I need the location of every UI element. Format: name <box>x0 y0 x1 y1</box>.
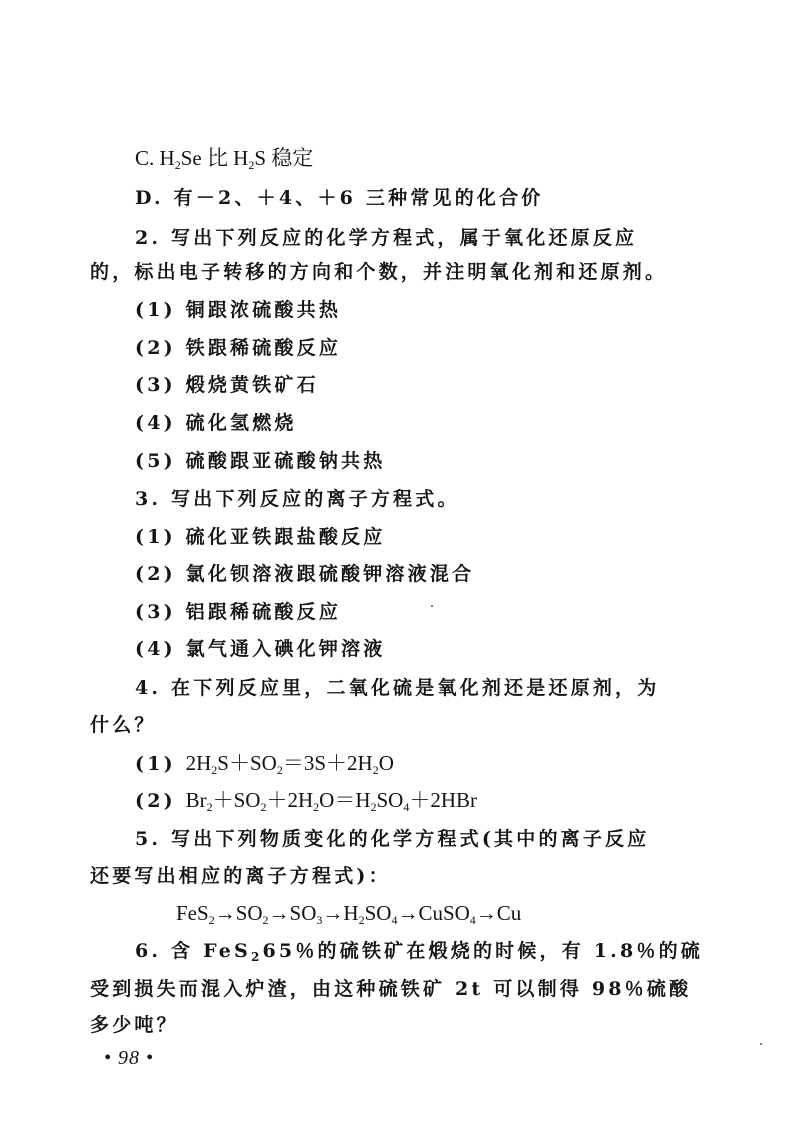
question-3-item-3: (3) 铝跟稀硫酸反应 <box>135 599 341 625</box>
question-2-item-3: (3) 煅烧黄铁矿石 <box>135 372 319 398</box>
item-label: (1) <box>135 753 186 775</box>
equation: 2H2S＋SO2＝3S＋2H2O <box>186 751 394 775</box>
question-3: 3. 写出下列反应的离子方程式。 <box>135 486 460 512</box>
question-5-line-1: 5. 写出下列物质变化的化学方程式(其中的离子反应 <box>135 826 649 852</box>
question-4-item-2: (2) Br2＋SO2＋2H2O＝H2SO4＋2HBr <box>135 787 477 814</box>
question-2-item-4: (4) 硫化氢燃烧 <box>135 410 297 436</box>
question-4-line-1: 4. 在下列反应里，二氧化硫是氧化剂还是还原剂，为 <box>135 675 659 701</box>
question-5-reaction-chain: FeS2→SO2→SO3→H2SO4→CuSO4→Cu <box>176 900 521 926</box>
question-2-item-2: (2) 铁跟稀硫酸反应 <box>135 335 341 361</box>
question-6-line-3: 多少吨？ <box>90 1012 179 1038</box>
option-c: C. H2Se 比 H2S 稳定 <box>135 145 313 172</box>
question-2-line-2: 的，标出电子转移的方向和个数，并注明氧化剂和还原剂。 <box>90 259 667 285</box>
question-2-item-5: (5) 硫酸跟亚硫酸钠共热 <box>135 448 385 474</box>
question-6-line-1: 6. 含 FeS265％的硫铁矿在煅烧的时候，有 1.8％的硫 <box>135 938 703 964</box>
page-number: • 98 • <box>104 1047 154 1070</box>
option-d: D. 有－2、＋4、＋6 三种常见的化合价 <box>135 185 544 211</box>
question-3-item-2: (2) 氯化钡溶液跟硫酸钾溶液混合 <box>135 561 474 587</box>
equation: Br2＋SO2＋2H2O＝H2SO4＋2HBr <box>186 788 477 812</box>
question-4-item-1: (1) 2H2S＋SO2＝3S＋2H2O <box>135 750 394 777</box>
question-3-item-1: (1) 硫化亚铁跟盐酸反应 <box>135 524 385 550</box>
textbook-page: C. H2Se 比 H2S 稳定 D. 有－2、＋4、＋6 三种常见的化合价 2… <box>0 0 800 1147</box>
option-c-part: C. H <box>135 146 175 170</box>
question-4-line-2: 什么？ <box>90 712 157 738</box>
question-2-item-1: (1) 铜跟浓硫酸共热 <box>135 297 341 323</box>
question-6-line-2: 受到损失而混入炉渣，由这种硫铁矿 2t 可以制得 98％硫酸 <box>90 976 691 1002</box>
scan-speck <box>431 605 433 607</box>
option-c-part: Se 比 H <box>181 146 249 170</box>
scan-speck <box>760 1043 762 1045</box>
option-c-part: S 稳定 <box>254 146 313 170</box>
question-2-line-1: 2. 写出下列反应的化学方程式，属于氧化还原反应 <box>135 225 637 251</box>
item-label: (2) <box>135 790 186 812</box>
question-3-item-4: (4) 氯气通入碘化钾溶液 <box>135 636 385 662</box>
question-5-line-2: 还要写出相应的离子方程式)： <box>90 863 391 889</box>
